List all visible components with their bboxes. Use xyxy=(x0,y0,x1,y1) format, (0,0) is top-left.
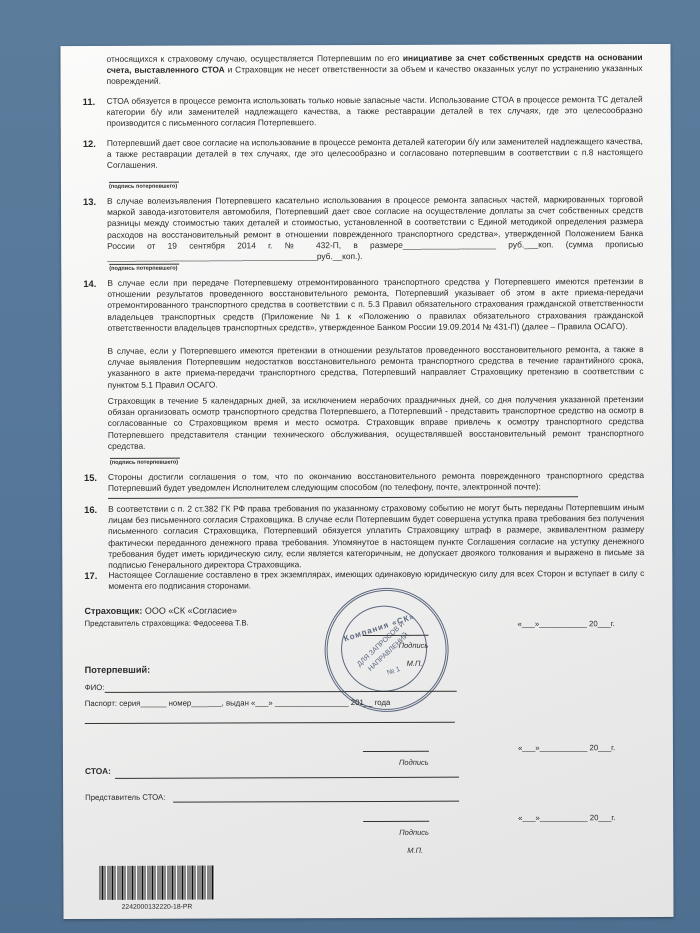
victim-label: Потерпевший: xyxy=(85,665,151,676)
insurer-date-field[interactable]: «___»___________ 20___г. xyxy=(517,618,614,630)
insurer-name: ООО «СК «Согласие» xyxy=(145,605,237,615)
clause-number: 11. xyxy=(83,96,96,107)
insurer-rep: Представитель страховщика: Федосеева Т.В… xyxy=(84,617,248,629)
insurer-rep-name: Федосеева Т.В. xyxy=(193,618,249,627)
stoa-rep-label: Представитель СТОА: xyxy=(85,792,165,803)
document-page: относящихся к страховому случаю, осущест… xyxy=(60,44,673,919)
fio-label: ФИО: xyxy=(85,682,105,693)
signature-label: (подпись потерпевшего) xyxy=(109,183,179,191)
clause-text: В случае если при передаче Потерпевшему … xyxy=(107,276,643,334)
clause-number: 15. xyxy=(84,472,97,483)
clause-12: 12. Потерпевший дает свое согласие на ис… xyxy=(83,136,643,172)
clause-13: 13. В случае волеизъявления Потерпевшего… xyxy=(83,194,643,263)
clause-number: 16. xyxy=(84,504,97,515)
stoa-field[interactable] xyxy=(115,777,459,779)
barcode-number: 2242000132220-18-PR xyxy=(99,902,214,914)
barcode xyxy=(99,866,214,900)
stoa-rep-field[interactable] xyxy=(173,801,459,803)
clause-text: В соответствии с п. 2 ст.382 ГК РФ права… xyxy=(108,502,644,571)
stoa-date-field[interactable]: «___»___________ 20___г. xyxy=(518,812,615,824)
clause-text: Потерпевший дает свое согласие на исполь… xyxy=(107,136,643,171)
clause-text: В случае волеизъявления Потерпевшего кас… xyxy=(107,194,643,263)
insurer-block: Страховщик: ООО «СК «Согласие» xyxy=(84,605,237,617)
clause-number: 17. xyxy=(84,570,97,581)
intro-paragraph: относящихся к страховому случаю, осущест… xyxy=(83,52,643,88)
stoa-label: СТОА: xyxy=(85,766,111,777)
insurer-rep-label: Представитель страховщика: xyxy=(84,619,191,628)
clause-15: 15. Стороны достигли соглашения о том, ч… xyxy=(84,470,644,494)
signature-label: (подпись потерпевшего) xyxy=(110,459,180,467)
clause-11: 11. СТОА обязуется в процессе ремонта ис… xyxy=(83,94,643,130)
clause-14-paragraph-3: Страховщик в течение 5 календарных дней,… xyxy=(108,394,644,452)
victim-signature-field[interactable]: (подпись потерпевшего) xyxy=(110,458,180,467)
signature-label: (подпись потерпевшего) xyxy=(109,265,179,273)
signature-caption: Подпись xyxy=(399,827,429,838)
passport-field[interactable]: Паспорт: серия______ номер_______, выдан… xyxy=(85,697,391,709)
signature-caption: Подпись xyxy=(399,757,429,768)
passport-extra-line[interactable] xyxy=(85,722,455,724)
victim-signature-field[interactable]: (подпись потерпевшего) xyxy=(109,182,179,191)
intro-text-1: относящихся к страховому случаю, осущест… xyxy=(107,53,403,64)
victim-date-field[interactable]: «___»___________ 20___г. xyxy=(518,742,615,754)
clause-14-paragraph-2: В случае, если у Потерпевшего имеются пр… xyxy=(108,344,644,391)
clause-17: 17. Настоящее Соглашение составлено в тр… xyxy=(84,568,644,592)
victim-signature-field[interactable]: (подпись потерпевшего) xyxy=(109,264,179,273)
notification-method-field[interactable] xyxy=(108,496,578,499)
clause-number: 14. xyxy=(83,278,96,289)
clause-number: 12. xyxy=(83,138,96,149)
clause-text: Стороны достигли соглашения о том, что п… xyxy=(108,470,644,494)
victim-signature-line[interactable] xyxy=(363,751,429,752)
clause-16: 16. В соответствии с п. 2 ст.382 ГК РФ п… xyxy=(84,502,644,571)
stoa-signature-line[interactable] xyxy=(363,821,429,822)
insurer-label: Страховщик: xyxy=(84,606,142,616)
seal-place-caption: М.П. xyxy=(407,845,423,856)
clause-14: 14. В случае если при передаче Потерпевш… xyxy=(83,276,643,334)
clause-number: 13. xyxy=(83,196,96,207)
clause-text: СТОА обязуется в процессе ремонта исполь… xyxy=(107,94,643,129)
